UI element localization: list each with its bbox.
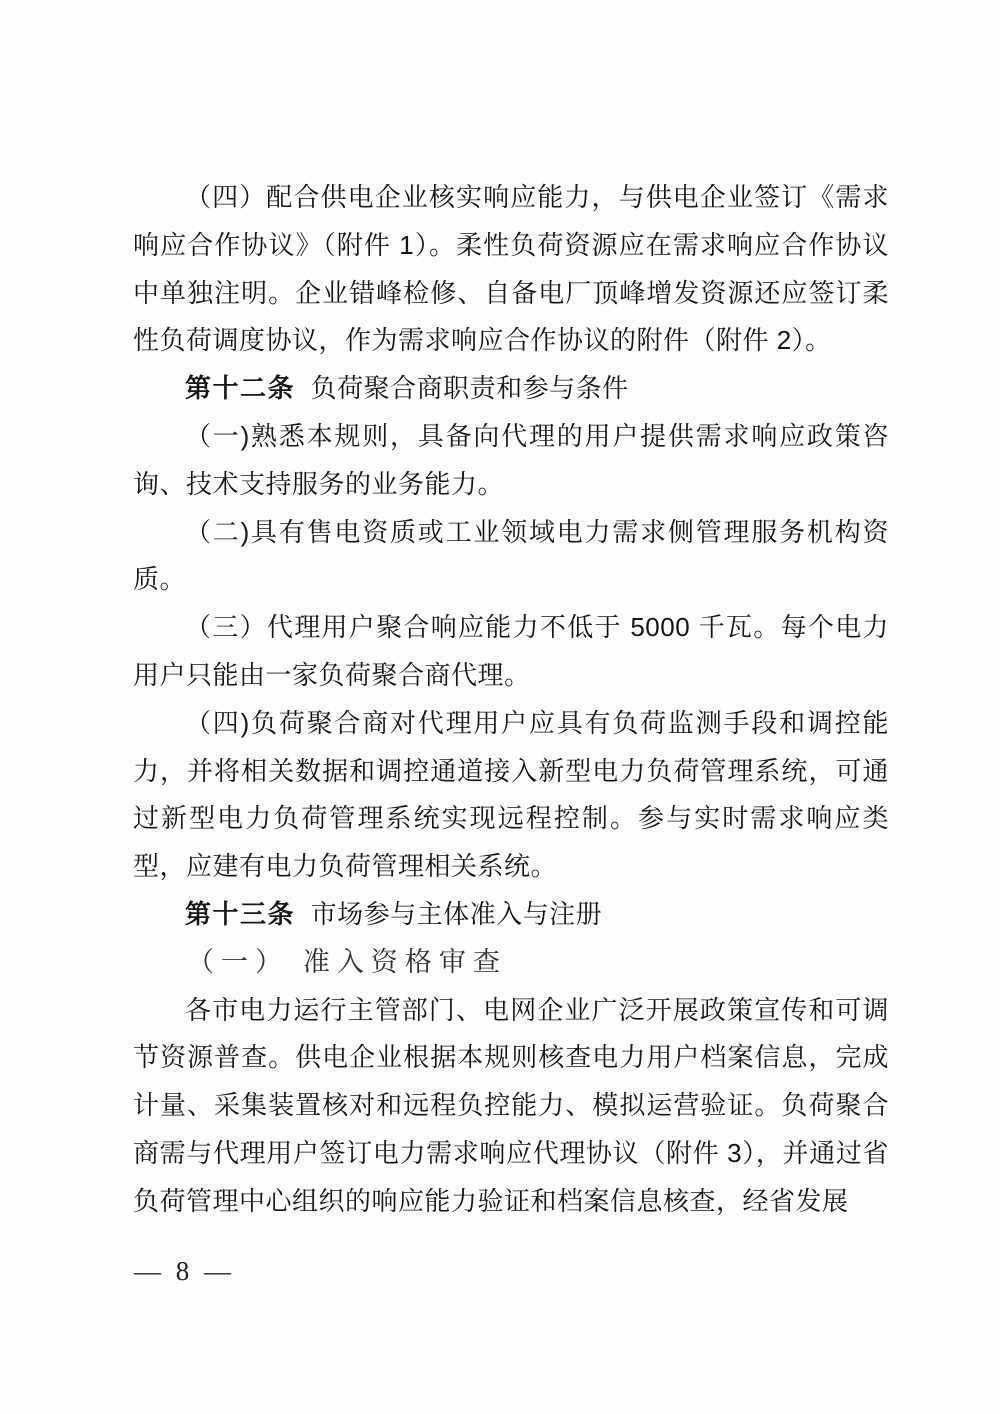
article-heading-13-label: 第十三条 (185, 899, 295, 929)
paragraph-item-3-capacity: （三）代理用户聚合响应能力不低于 5000 千瓦。每个电力用户只能由一家负荷聚合… (133, 604, 889, 700)
paragraph-clause-4-cooperation: （四）配合供电企业核实响应能力，与供电企业签订《需求响应合作协议》（附件 1）。… (133, 174, 889, 365)
paragraph-item-4-monitoring: （四)负荷聚合商对代理用户应具有负荷监测手段和调控能力，并将相关数据和调控通道接… (133, 700, 889, 891)
document-text-block: （四）配合供电企业核实响应能力，与供电企业签订《需求响应合作协议》（附件 1）。… (133, 174, 889, 1226)
page-number: — 8 — (134, 1256, 235, 1287)
document-page: （四）配合供电企业核实响应能力，与供电企业签订《需求响应合作协议》（附件 1）。… (0, 0, 1000, 1414)
subheading-admission-review: （一） 准入资格审查 (133, 939, 889, 987)
paragraph-item-2-qualification: （二)具有售电资质或工业领域电力需求侧管理服务机构资质。 (133, 509, 889, 605)
paragraph-item-1-familiarity: （一)熟悉本规则，具备向代理的用户提供需求响应政策咨询、技术支持服务的业务能力。 (133, 413, 889, 509)
article-heading-13: 第十三条市场参与主体准入与注册 (133, 891, 889, 939)
paragraph-admission-process: 各市电力运行主管部门、电网企业广泛开展政策宣传和可调节资源普查。供电企业根据本规… (133, 987, 889, 1226)
article-heading-12: 第十二条负荷聚合商职责和参与条件 (133, 365, 889, 413)
article-heading-12-label: 第十二条 (185, 373, 295, 403)
article-heading-12-title: 负荷聚合商职责和参与条件 (311, 373, 629, 403)
article-heading-13-title: 市场参与主体准入与注册 (311, 899, 603, 929)
